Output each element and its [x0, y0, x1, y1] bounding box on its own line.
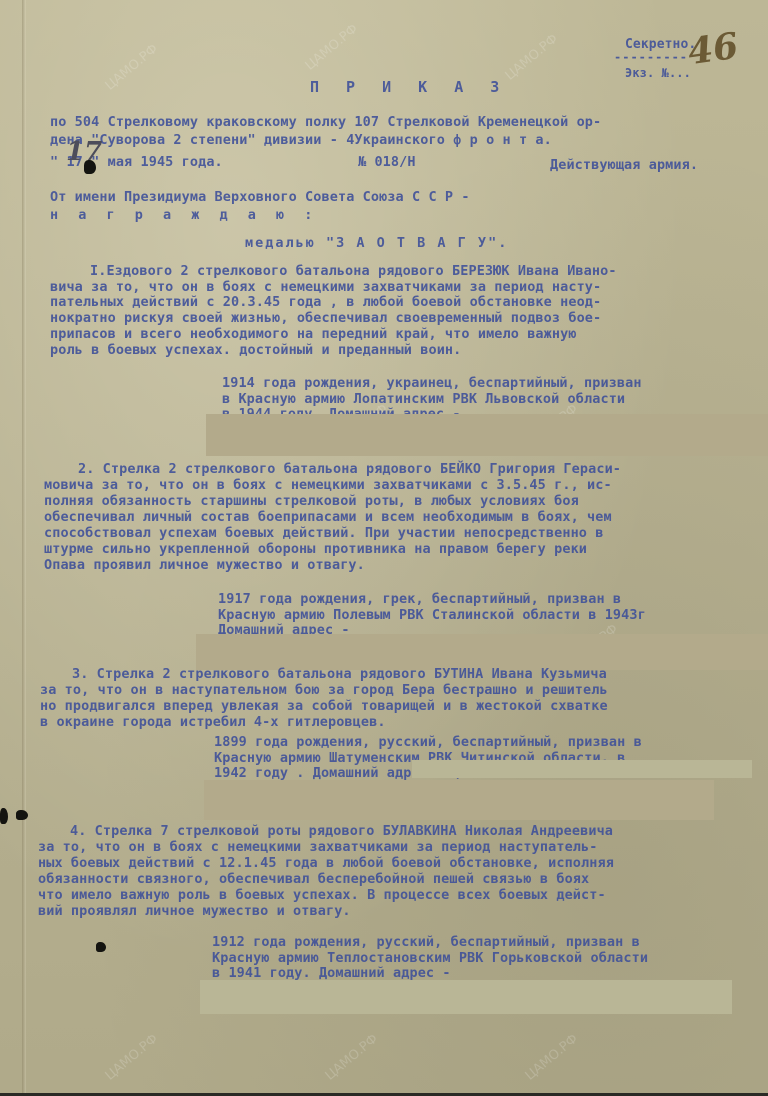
redacted-address [204, 780, 714, 820]
watermark: ЦАМО.РФ [103, 1031, 161, 1083]
item-body-line: I.Ездового 2 стрелкового батальона рядов… [90, 264, 617, 279]
redacted-address [206, 414, 768, 456]
paper-hole [16, 810, 28, 820]
preamble-line: дена "Суворова 2 степени" дивизии - 4Укр… [50, 133, 552, 148]
item-body-line: в окраине города истребил 4-х гитлеровце… [40, 715, 386, 730]
item-bio-line: в 1941 году. Домашний адрес - [212, 966, 451, 981]
paper-hole [96, 942, 106, 952]
order-number: № 018/Н [358, 155, 416, 170]
item-body-line: пательных действий с 20.3.45 года , в лю… [50, 295, 601, 310]
item-body-line: вий проявлял личное мужество и отвагу. [38, 904, 351, 919]
redacted-address [412, 760, 752, 778]
item-body-line: вича за то, что он в боях с немецкими за… [50, 280, 601, 295]
item-body-line: 4. Стрелка 7 стрелковой роты рядового БУ… [70, 824, 613, 839]
item-body-line: полняя обязанность старшины стрелковой р… [44, 494, 579, 509]
item-bio-line: в Красную армию Лопатинским РВК Львовско… [222, 392, 625, 407]
handwritten-number: 46 [685, 25, 740, 74]
paper-hole [84, 160, 96, 174]
redacted-address [200, 980, 732, 1014]
item-body-line: штурме сильно укрепленной обороны против… [44, 542, 587, 557]
watermark: ЦАМО.РФ [303, 21, 361, 73]
item-body-line: припасов и всего необходимого на передни… [50, 327, 577, 342]
page-fold [22, 0, 26, 1096]
item-body-line: 3. Стрелка 2 стрелкового батальона рядов… [72, 667, 607, 682]
item-body-line: 2. Стрелка 2 стрелкового батальона рядов… [78, 462, 621, 477]
item-body-line: но продвигался вперед увлекая за собой т… [40, 699, 608, 714]
copy-number: Экз. №... [625, 66, 691, 81]
item-bio-line: Красную армию Теплостановским РВК Горько… [212, 951, 648, 966]
item-body-line: Опава проявил личное мужество и отвагу. [44, 558, 365, 573]
watermark: ЦАМО.РФ [523, 1031, 581, 1083]
item-body-line: за то, что он в боях с немецкими захватч… [38, 840, 597, 855]
paper-hole [0, 808, 8, 824]
watermark: ЦАМО.РФ [323, 1031, 381, 1083]
authority-line: н а г р а ж д а ю : [50, 208, 318, 223]
item-bio-line: 1917 года рождения, грек, беспартийный, … [218, 592, 621, 607]
document-page: ЦАМО.РФ ЦАМО.РФ ЦАМО.РФ ЦАМО.РФ ЦАМО.РФ … [0, 0, 768, 1096]
item-body-line: роль в боевых успехах. достойный и преда… [50, 343, 461, 358]
item-body-line: за то, что он в наступательном бою за го… [40, 683, 608, 698]
redacted-address [196, 634, 768, 670]
watermark: ЦАМО.РФ [503, 31, 561, 83]
item-bio-line: 1912 года рождения, русский, беспартийны… [212, 935, 640, 950]
secrecy-underline: --------- [614, 50, 688, 65]
item-bio-line: 1914 года рождения, украинец, беспартийн… [222, 376, 642, 391]
item-body-line: ных боевых действий с 12.1.45 года в люб… [38, 856, 614, 871]
item-body-line: обеспечивал личный состав боеприпасами и… [44, 510, 612, 525]
order-location: Действующая армия. [550, 158, 698, 173]
item-body-line: нократно рискуя своей жизнью, обеспечива… [50, 311, 601, 326]
watermark: ЦАМО.РФ [103, 41, 161, 93]
authority-line: От имени Президиума Верховного Совета Со… [50, 190, 470, 205]
award-title: медалью "З А О Т В А Г У". [245, 236, 508, 251]
preamble-line: по 504 Стрелковому краковскому полку 107… [50, 115, 601, 130]
document-title: П Р И К А З [310, 80, 508, 95]
item-bio-line: 1899 года рождения, русский, беспартийны… [214, 735, 642, 750]
item-body-line: что имело важную роль в боевых успехах. … [38, 888, 606, 903]
item-body-line: обязанности связного, обеспечивал беспер… [38, 872, 589, 887]
item-bio-line: Красную армию Полевым РВК Сталинской обл… [218, 608, 646, 623]
item-body-line: мовича за то, что он в боях с немецкими … [44, 478, 612, 493]
item-body-line: способствовал успехам боевых действий. П… [44, 526, 603, 541]
